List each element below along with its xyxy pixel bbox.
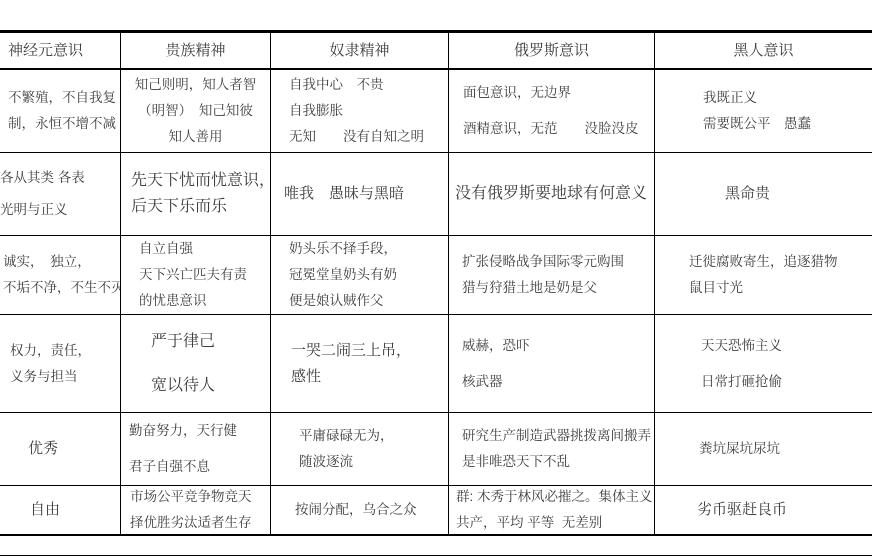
cell-line: 需要既公平 愚蠢 [703,111,872,137]
table-cell: 知己则明，知人者智 （明智） 知己知彼 知人善用 [120,70,270,152]
bottom-rule [0,555,872,556]
cell-line: 光明与正义 [0,194,120,226]
cell-line: （明智） 知己知彼 [138,98,253,124]
table-row: 不繁殖，不自我复 制，永恒不增不减 知己则明，知人者智 （明智） 知己知彼 知人… [0,70,872,153]
cell-line: 无知 没有自知之明 [289,124,448,150]
cell-line: 迁徙腐败寄生，追逐猎物 [689,249,872,275]
cell-line: 唯我 愚昧与黑暗 [284,181,448,207]
cell-line: 君子自强不息 [129,449,270,485]
cell-line: 群: 木秀于林风必摧之。集体主义 [456,486,654,510]
cell-line: 黑命贵 [725,181,872,207]
table-cell: 平庸碌碌无为， 随波逐流 [270,413,448,485]
table-row: 各从其类 各表 光明与正义 先天下忧而忧意识， 后天下乐而乐 唯我 愚昧与黑暗 … [0,153,872,236]
cell-line: 面包意识，无边界 [463,75,654,111]
table-cell: 黑命贵 [654,153,872,235]
table-cell: 群: 木秀于林风必摧之。集体主义 共产，平均 平等 无差别 [448,486,654,534]
table-row: 优秀 勤奋努力，天行健 君子自强不息 平庸碌碌无为， 随波逐流 研究生产制造武器… [0,413,872,486]
column-header-noble: 贵族精神 [120,33,270,68]
table-cell: 各从其类 各表 光明与正义 [0,153,120,235]
cell-line: 不垢不净，不生不灭 [3,275,120,301]
cell-line: 威赫，恐吓 [462,328,654,364]
cell-line: 知人善用 [169,124,223,150]
cell-line: 冠冕堂皇奶头有奶 [289,262,448,288]
cell-line: 日常打砸抢偷 [701,364,872,400]
cell-line: 市场公平竞争物竞天 [130,486,270,510]
table-cell: 勤奋努力，天行健 君子自强不息 [120,413,270,485]
table-cell: 自由 [0,486,120,534]
cell-line: 粪坑屎坑尿坑 [699,436,872,462]
cell-line: 后天下乐而乐 [131,194,270,220]
table-cell: 扩张侵略战争国际零元购围 猎与狩猎土地是奶是父 [448,236,654,314]
cell-line: 勤奋努力，天行健 [129,413,270,449]
table-cell: 诚实， 独立， 不垢不净，不生不灭 [0,236,120,314]
table-row: 自由 市场公平竞争物竞天 择优胜劣汰适者生存 按闹分配，乌合之众 群: 木秀于林… [0,486,872,536]
cell-line: 权力，责任， [10,338,120,364]
table-cell: 不繁殖，不自我复 制，永恒不增不减 [0,70,120,152]
cell-line: 鼠目寸光 [689,275,872,301]
cell-line: 择优胜劣汰适者生存 [130,510,270,534]
cell-line: 感性 [291,364,448,390]
cell-line: 天下兴亡匹夫有责 [139,262,270,288]
cell-line: 猎与狩猎土地是奶是父 [462,275,654,301]
cell-line: 酒精意识，无范 没脸没皮 [463,111,654,147]
table-cell: 优秀 [0,413,120,485]
table-cell: 我既正义 需要既公平 愚蠢 [654,70,872,152]
header-label: 俄罗斯意识 [514,38,589,64]
table-cell: 市场公平竞争物竞天 择优胜劣汰适者生存 [120,486,270,534]
cell-line: 的忧患意识 [139,288,270,314]
cell-line: 义务与担当 [10,364,120,390]
column-header-slave: 奴隶精神 [270,33,448,68]
table-cell: 粪坑屎坑尿坑 [654,413,872,485]
comparison-table: 神经元意识 贵族精神 奴隶精神 俄罗斯意识 黑人意识 不繁殖，不自我复 制，永恒… [0,30,872,536]
table-cell: 研究生产制造武器挑拨离间搬弄 是非唯恐天下不乱 [448,413,654,485]
table-cell: 没有俄罗斯要地球有何意义 [448,153,654,235]
cell-line: 不繁殖，不自我复 [8,85,120,111]
cell-line: 核武器 [462,364,654,400]
cell-line: 随波逐流 [299,449,448,475]
header-label: 奴隶精神 [329,38,389,64]
cell-line: 共产，平均 平等 无差别 [456,510,654,534]
header-label: 贵族精神 [165,38,225,64]
header-row: 神经元意识 贵族精神 奴隶精神 俄罗斯意识 黑人意识 [0,33,872,70]
cell-line: 自立自强 [139,236,270,262]
header-label: 黑人意识 [733,38,793,64]
table-row: 诚实， 独立， 不垢不净，不生不灭 自立自强 天下兴亡匹夫有责 的忧患意识 奶头… [0,236,872,315]
table-row: 权力，责任， 义务与担当 严于律己 宽以待人 一哭二闹三上吊， 感性 威赫，恐吓… [0,315,872,413]
table-cell: 天天恐怖主义 日常打砸抢偷 [654,315,872,412]
cell-line: 诚实， 独立， [3,249,120,275]
cell-line: 按闹分配，乌合之众 [295,497,448,523]
cell-line: 劣币驱赶良币 [697,497,872,523]
table-cell: 先天下忧而忧意识， 后天下乐而乐 [120,153,270,235]
cell-line: 自由 [30,497,120,523]
table-cell: 面包意识，无边界 酒精意识，无范 没脸没皮 [448,70,654,152]
column-header-russian: 俄罗斯意识 [448,33,654,68]
cell-line: 自我中心 不贵 [289,72,448,98]
cell-line: 知己则明，知人者智 [135,72,257,98]
table-cell: 严于律己 宽以待人 [120,315,270,412]
table-cell: 按闹分配，乌合之众 [270,486,448,534]
table-cell: 一哭二闹三上吊， 感性 [270,315,448,412]
cell-line: 天天恐怖主义 [701,328,872,364]
header-label: 神经元意识 [8,38,120,64]
cell-line: 一哭二闹三上吊， [291,338,448,364]
document-page: 神经元意识 贵族精神 奴隶精神 俄罗斯意识 黑人意识 不繁殖，不自我复 制，永恒… [0,0,872,558]
cell-line: 自我膨胀 [289,98,448,124]
cell-line: 平庸碌碌无为， [299,423,448,449]
cell-line: 制，永恒不增不减 [8,111,120,137]
table-cell: 自立自强 天下兴亡匹夫有责 的忧患意识 [120,236,270,314]
cell-line: 便是娘认贼作父 [289,288,448,314]
table-cell: 劣币驱赶良币 [654,486,872,534]
cell-line: 没有俄罗斯要地球有何意义 [455,181,654,207]
cell-line: 扩张侵略战争国际零元购围 [462,249,654,275]
table-cell: 迁徙腐败寄生，追逐猎物 鼠目寸光 [654,236,872,314]
cell-line: 宽以待人 [151,364,270,408]
cell-line: 是非唯恐天下不乱 [462,449,654,475]
cell-line: 优秀 [28,436,120,462]
cell-line: 严于律己 [151,320,270,364]
cell-line: 各从其类 各表 [0,162,120,194]
table-cell: 自我中心 不贵 自我膨胀 无知 没有自知之明 [270,70,448,152]
cell-line: 研究生产制造武器挑拨离间搬弄 [462,423,654,449]
cell-line: 我既正义 [703,85,872,111]
table-cell: 奶头乐不择手段， 冠冕堂皇奶头有奶 便是娘认贼作父 [270,236,448,314]
table-cell: 威赫，恐吓 核武器 [448,315,654,412]
table-cell: 唯我 愚昧与黑暗 [270,153,448,235]
cell-line: 奶头乐不择手段， [289,236,448,262]
table-cell: 权力，责任， 义务与担当 [0,315,120,412]
column-header-neuron: 神经元意识 [0,33,120,68]
cell-line: 先天下忧而忧意识， [131,168,270,194]
column-header-black: 黑人意识 [654,33,872,68]
